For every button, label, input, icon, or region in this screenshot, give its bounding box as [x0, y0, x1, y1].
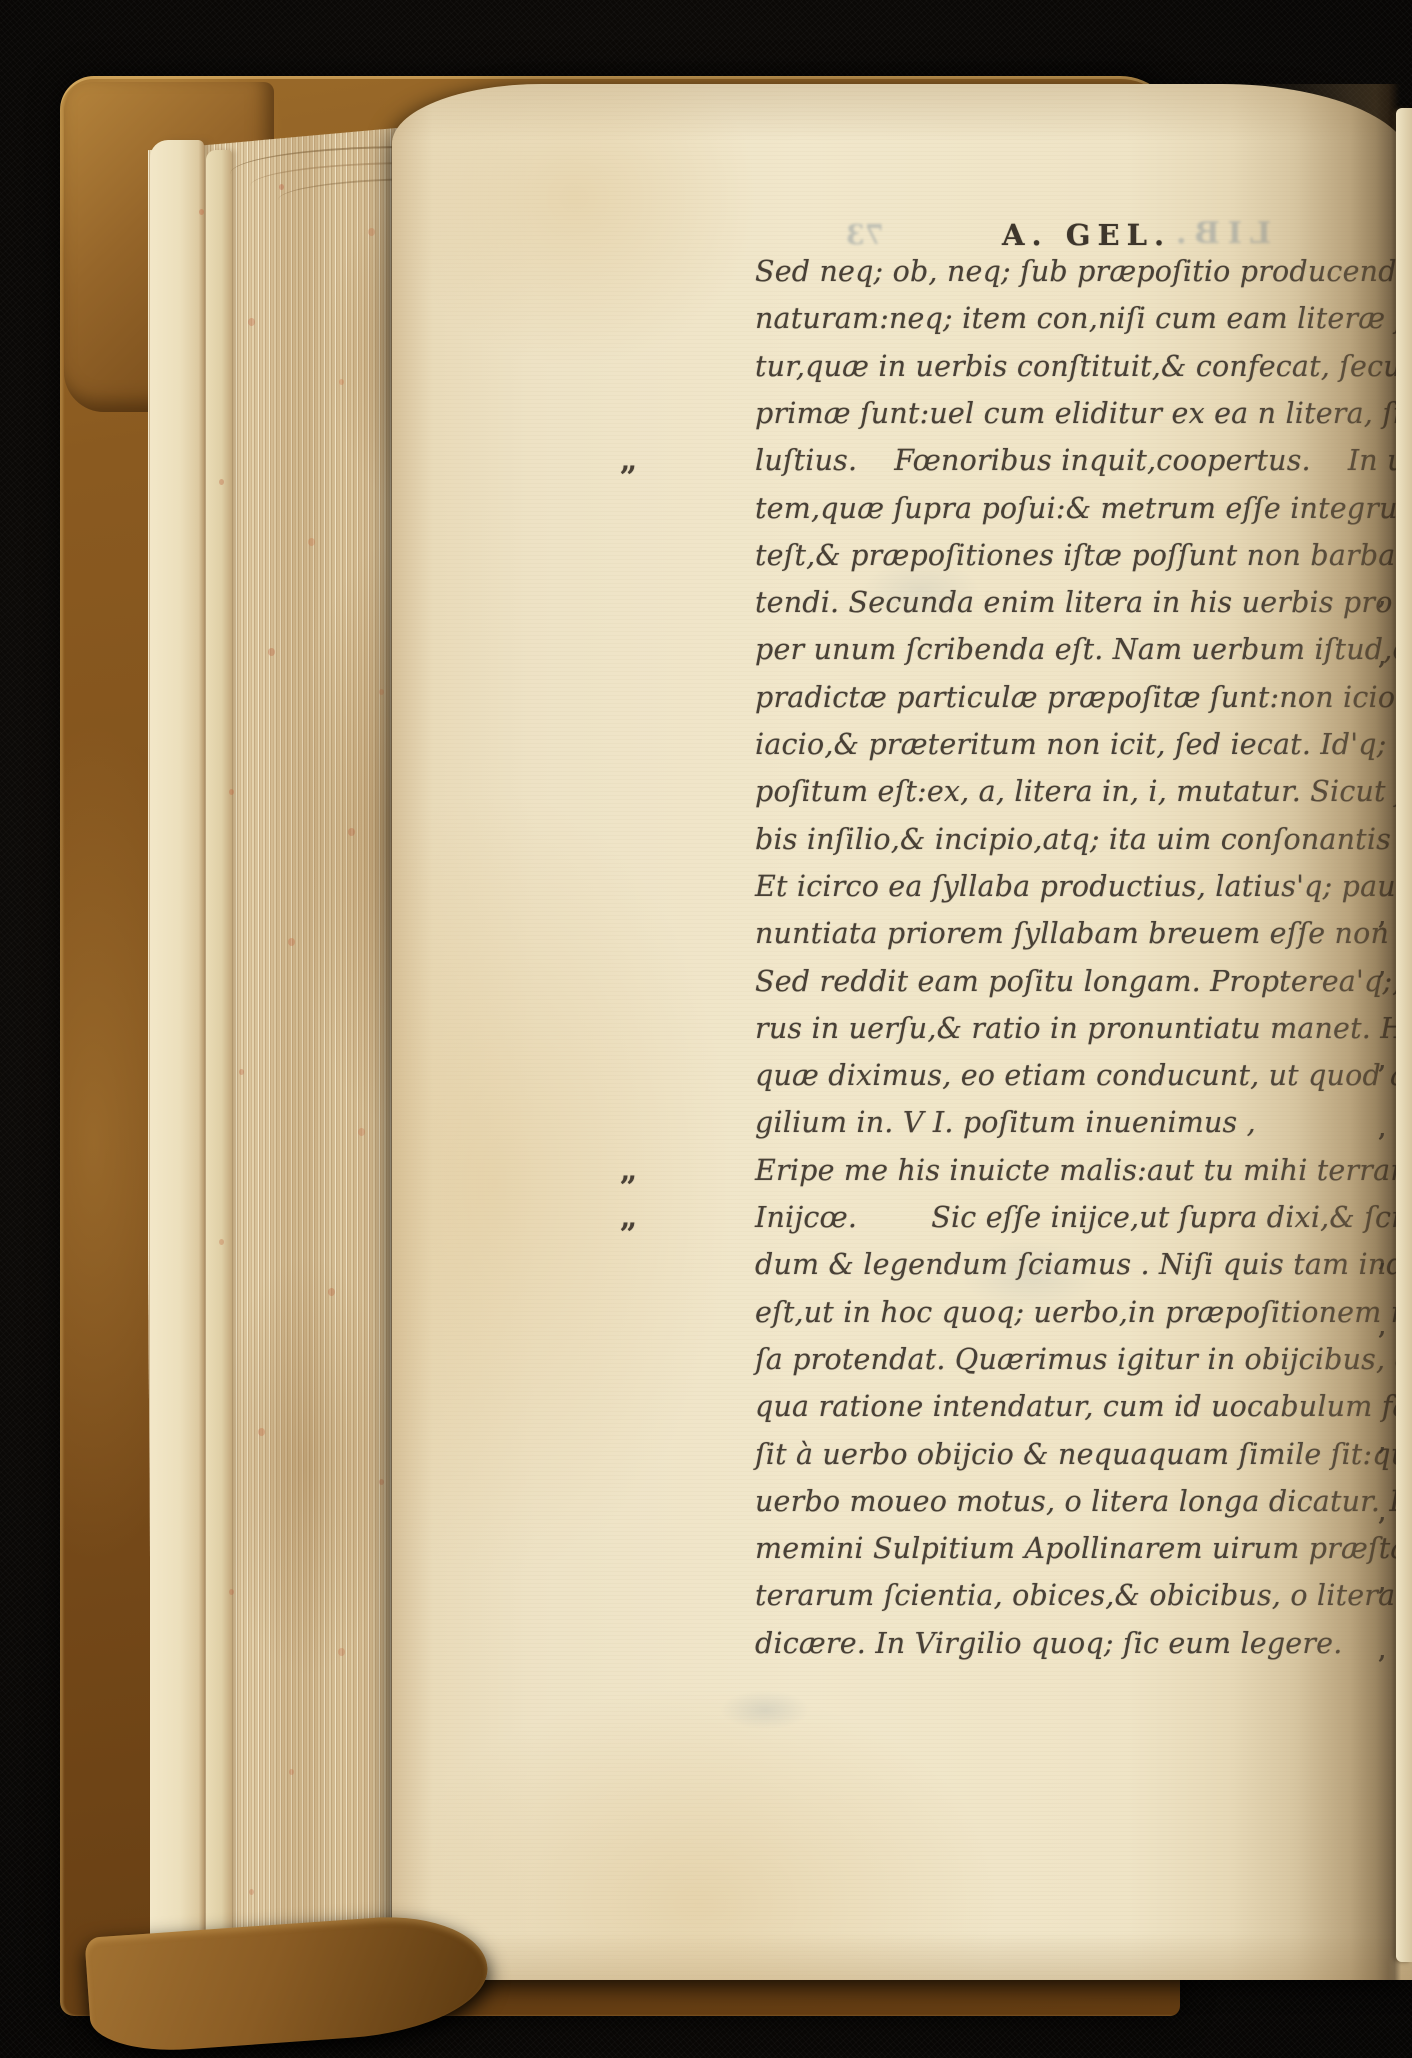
show-through-folio-number: 73 — [846, 220, 884, 251]
edge-ink-mark: ‚ — [1378, 1428, 1400, 1457]
text-line: primæ ſunt:uel cum eliditur ex ea n lite… — [755, 394, 1412, 441]
margin-quote-mark: „ — [620, 1200, 660, 1235]
text-line: Sed neq; ob, neq; ſub præpoſitio produce… — [755, 252, 1412, 299]
text-line: rus in uerſu,& ratio in pronuntiatu mane… — [755, 1009, 1405, 1056]
edge-ink-mark: ‚ — [1378, 952, 1400, 981]
edge-ink-mark: ‚ — [1378, 1046, 1400, 1075]
text-line: iacio,& præteritum non icit, ſed iecat. … — [755, 725, 1412, 772]
text-line: dicære. In Virgilio quoq; ſic eum legere… — [755, 1624, 1343, 1671]
text-line: quæ diximus, eo etiam conducunt, ut quod… — [755, 1056, 1412, 1103]
text-line: tem,quæ ſupra poſui:& metrum eſſe integr… — [755, 489, 1412, 536]
facing-page-sliver — [1396, 108, 1412, 1962]
text-line: nuntiata priorem ſyllabam breuem eſſe no… — [755, 914, 1412, 961]
text-line: naturam:neq; item con,niſi cum eam liter… — [755, 299, 1412, 346]
text-line: pradictæ particulæ præpoſitæ ſunt:non ic… — [755, 678, 1412, 725]
text-line: Inijcœ. Sic eſſe inijce,ut ſupra dixi,& … — [755, 1198, 1412, 1245]
edge-ink-mark: ‚ — [1378, 1244, 1400, 1273]
text-line: tur,quæ in uerbis conſtituit,& confecat,… — [755, 347, 1412, 394]
printed-text-layer: LIB. 73 A. GEL. Sed neq; ob, neq; ſub pr… — [0, 0, 1412, 2058]
edge-ink-mark: ‚ — [1378, 1498, 1400, 1527]
edge-ink-mark: ‚ — [1378, 902, 1400, 931]
text-line: luſtius. Fœnoribus inquit,coopertus. In … — [755, 441, 1406, 488]
edge-ink-mark: ‚ — [1378, 1312, 1400, 1341]
margin-quote-mark: „ — [620, 1153, 660, 1188]
margin-quote-mark: „ — [620, 443, 660, 478]
text-line: eſt,ut in hoc quoq; uerbo,in præpoſition… — [755, 1293, 1412, 1340]
edge-ink-mark: ‚ — [1378, 642, 1400, 671]
text-line: tendi. Secunda enim litera in his uerbis… — [755, 583, 1412, 630]
text-line: poſitum eſt:ex, a, litera in, i, mutatur… — [755, 772, 1412, 819]
text-line: teſt,& præpoſitiones iſtæ poſſunt non ba… — [755, 536, 1412, 583]
edge-ink-mark: ‚ — [1378, 1636, 1400, 1665]
text-line: Sed reddit eam poſitu longam. Propterea'… — [755, 962, 1412, 1009]
text-line: ſa protendat. Quærimus igitur in obijcib… — [755, 1340, 1412, 1387]
text-line: qua ratione intendatur, cum id uocabulum… — [755, 1387, 1412, 1434]
text-line: gilium in. V I. poſitum inuenimus , — [755, 1103, 1256, 1150]
text-line: per unum ſcribenda eſt. Nam uerbum iſtud… — [755, 630, 1412, 677]
text-line: bis inſilio,& incipio,atq; ita uim conſo… — [755, 820, 1412, 867]
text-line: Et icirco ea ſyllaba productius, latius'… — [755, 867, 1412, 914]
text-line: terarum ſcientia, obices,& obicibus, o l… — [755, 1576, 1412, 1623]
text-line: ſit à uerbo obijcio & nequaquam ſimile ſ… — [755, 1435, 1412, 1482]
text-line: dum & legendum ſciamus . Niſi quis tam i… — [755, 1245, 1405, 1292]
photograph-of-open-book: LIB. 73 A. GEL. Sed neq; ob, neq; ſub pr… — [0, 0, 1412, 2058]
edge-ink-mark: ‚ — [1378, 1568, 1400, 1597]
text-line: uerbo moueo motus, o litera longa dicatu… — [755, 1482, 1412, 1529]
text-line: Eripe me his inuicte malis:aut tu mihi t… — [755, 1151, 1412, 1198]
text-line: memini Sulpitium Apollinarem uirum præſt… — [755, 1529, 1412, 1576]
edge-ink-mark: ‚ — [1378, 1114, 1400, 1143]
running-head: A. GEL. — [1002, 218, 1172, 254]
edge-ink-mark: ‚ — [1378, 582, 1400, 611]
show-through-running-head: LIB. — [1168, 216, 1271, 251]
